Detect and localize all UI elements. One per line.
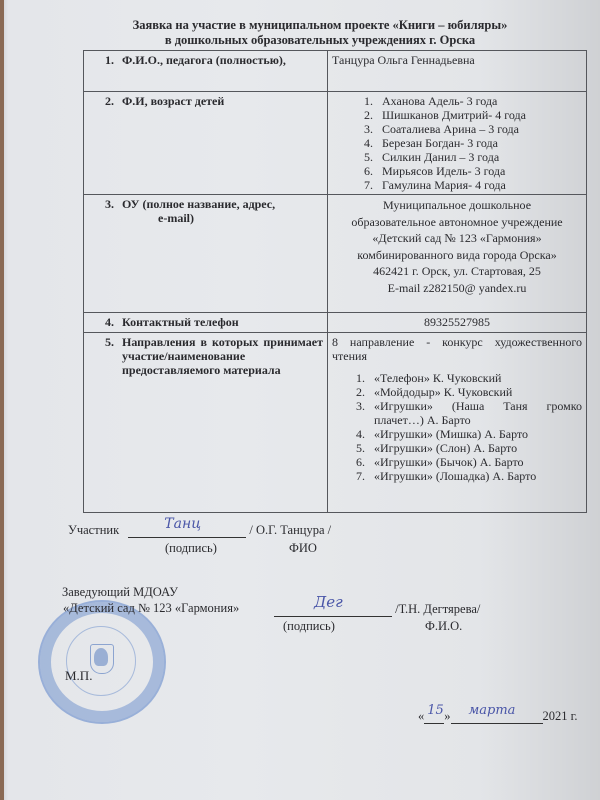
date-month: марта [469, 703, 516, 718]
list-item: «Игрушки» (Наша Таня громко плачет…) А. … [368, 399, 582, 427]
works-list: «Телефон» К. Чуковский «Мойдодыр» К. Чук… [332, 371, 582, 483]
list-item: «Игрушки» (Лошадка) А. Барто [368, 469, 582, 483]
table-row: 3.ОУ (полное название, адрес,e-mail) Мун… [84, 195, 587, 313]
title-line-2: в дошкольных образовательных учреждениях… [40, 33, 600, 48]
signature-line: Танц [128, 522, 246, 538]
teacher-name: Танцура Ольга Геннадьевна [328, 51, 587, 92]
children-list: Аханова Адель- 3 года Шишканов Дмитрий- … [332, 94, 582, 192]
title-line-1: Заявка на участие в муниципальном проект… [40, 18, 600, 33]
contact-phone: 89325527985 [328, 313, 587, 333]
list-item: Соаталиева Арина – 3 года [376, 122, 582, 136]
date-year: 2021 г. [543, 709, 578, 723]
row-label: 4.Контактный телефон [84, 313, 328, 333]
participant-signature-block: Участник Танц / О.Г. Танцура / [68, 522, 331, 538]
head-title: Заведующий МДОАУ [62, 585, 178, 600]
row-label: 1.Ф.И.О., педагога (полностью), [84, 51, 328, 92]
participant-label: Участник [68, 523, 119, 537]
list-item: Мирьясов Идель- 3 года [376, 164, 582, 178]
table-row: 4.Контактный телефон 89325527985 [84, 313, 587, 333]
head-signature-block: Дег /Т.Н. Дегтярева/ [274, 601, 480, 617]
row-label: 2.Ф.И, возраст детей [84, 92, 328, 195]
date-month-line: марта [451, 708, 543, 724]
application-table: 1.Ф.И.О., педагога (полностью), Танцура … [83, 50, 587, 513]
eagle-icon [94, 648, 108, 666]
signature-line: Дег [274, 601, 392, 617]
list-item: Шишканов Дмитрий- 4 года [376, 108, 582, 122]
name-caption: Ф.И.О. [425, 619, 462, 634]
list-item: «Мойдодыр» К. Чуковский [368, 385, 582, 399]
head-org: «Детский сад № 123 «Гармония» [63, 601, 239, 616]
name-caption: ФИО [289, 541, 317, 556]
list-item: Гамулина Мария- 4 года [376, 178, 582, 192]
signature-caption: (подпись) [165, 541, 217, 556]
date-day: 15 [427, 703, 444, 718]
head-name: /Т.Н. Дегтярева/ [395, 602, 480, 616]
table-row: 5.Направления в которых принимает участи… [84, 333, 587, 513]
document-title: Заявка на участие в муниципальном проект… [0, 18, 600, 48]
date-day-line: 15 [424, 708, 444, 724]
stamp-label: М.П. [65, 668, 92, 684]
table-row: 2.Ф.И, возраст детей Аханова Адель- 3 го… [84, 92, 587, 195]
participant-signature: Танц [164, 516, 201, 532]
list-item: Аханова Адель- 3 года [376, 94, 582, 108]
directions-cell: 8 направление - конкурс художественного … [328, 333, 587, 513]
organization-info: Муниципальное дошкольное образовательное… [328, 195, 587, 313]
list-item: Силкин Данил – 3 года [376, 150, 582, 164]
date-block: «15»марта2021 г. [418, 708, 577, 724]
list-item: «Игрушки» (Мишка) А. Барто [368, 427, 582, 441]
children-list-cell: Аханова Адель- 3 года Шишканов Дмитрий- … [328, 92, 587, 195]
head-signature: Дег [314, 593, 343, 611]
signature-caption: (подпись) [283, 619, 335, 634]
row-label: 3.ОУ (полное название, адрес,e-mail) [84, 195, 328, 313]
direction-text: 8 направление - конкурс художественного … [332, 335, 582, 363]
table-row: 1.Ф.И.О., педагога (полностью), Танцура … [84, 51, 587, 92]
list-item: «Игрушки» (Слон) А. Барто [368, 441, 582, 455]
official-stamp [38, 600, 166, 724]
page-edge [0, 0, 4, 800]
participant-name: / О.Г. Танцура / [249, 523, 331, 537]
list-item: «Игрушки» (Бычок) А. Барто [368, 455, 582, 469]
list-item: Березан Богдан- 3 года [376, 136, 582, 150]
list-item: «Телефон» К. Чуковский [368, 371, 582, 385]
row-label: 5.Направления в которых принимает участи… [84, 333, 328, 513]
